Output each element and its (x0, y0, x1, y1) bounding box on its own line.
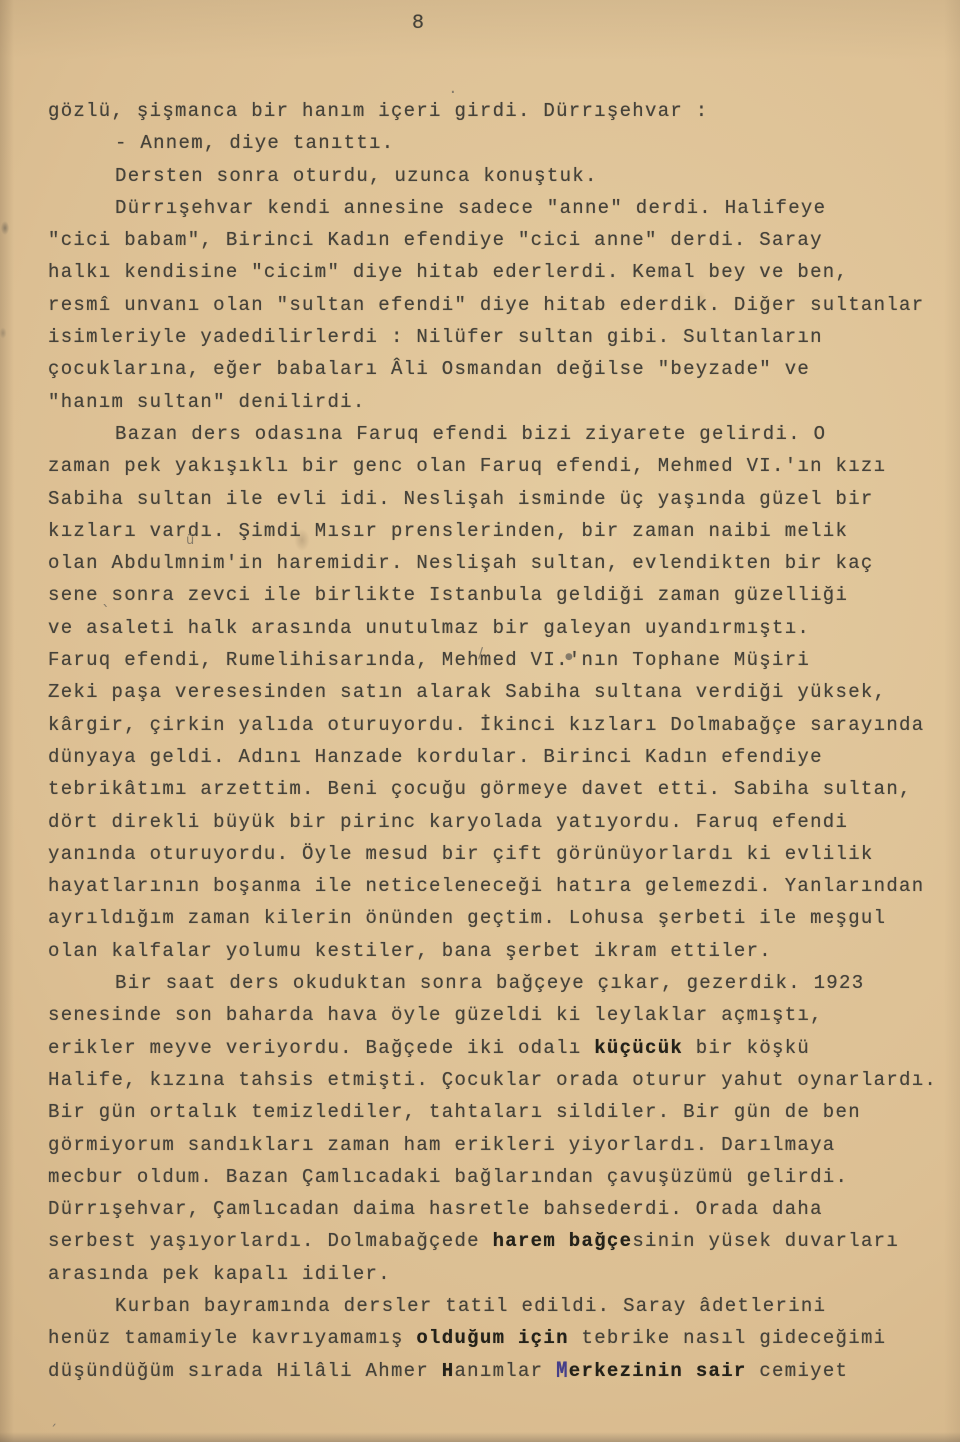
text-line: resmî unvanı olan "sultan efendi" diye h… (48, 289, 960, 321)
text-line: olan kalfalar yolumu kestiler, bana şerb… (48, 935, 960, 967)
text-line: tebrikâtımı arzettim. Beni çocuğu görmey… (48, 773, 960, 805)
text-block: gözlü, şişmanca bir hanım içeri girdi. D… (48, 95, 960, 1387)
text-line: Bir gün ortalık temizlediler, tahtaları … (48, 1096, 960, 1128)
text-line: gözlü, şişmanca bir hanım içeri girdi. D… (48, 95, 960, 127)
text-segment: cemiyet (747, 1360, 849, 1382)
text-line: kızları vardı. Şimdi Mısır prenslerinden… (48, 515, 960, 547)
text-line: görmiyorum sandıkları zaman ham erikleri… (48, 1129, 960, 1161)
text-line: Faruq efendi, Rumelihisarında, Mehmed VI… (48, 644, 960, 676)
text-line: isimleriyle yadedilirlerdi : Nilüfer sul… (48, 321, 960, 353)
text-line: Halife, kızına tahsis etmişti. Çocuklar … (48, 1064, 960, 1096)
text-segment: düşündüğüm sırada Hilâli Ahmer (48, 1360, 442, 1382)
text-line: Sabiha sultan ile evli idi. Neslişah ism… (48, 483, 960, 515)
text-line: olan Abdulmnim'in haremidir. Neslişah su… (48, 547, 960, 579)
text-line: mecbur oldum. Bazan Çamlıcadaki bağların… (48, 1161, 960, 1193)
text-line: kârgir, çirkin yalıda oturuyordu. İkinci… (48, 709, 960, 741)
text-segment: sair (696, 1360, 747, 1382)
text-segment (683, 1360, 696, 1382)
text-line: henüz tamamiyle kavrıyamamış olduğum içi… (48, 1322, 960, 1354)
text-line: Kurban bayramında dersler tatil edildi. … (48, 1290, 960, 1322)
text-line: yanında oturuyordu. Öyle mesud bir çift … (48, 838, 960, 870)
text-line: Dürrışehvar, Çamlıcadan daima hasretle b… (48, 1193, 960, 1225)
text-line: Zeki paşa veresesinden satın alarak Sabi… (48, 676, 960, 708)
text-line: düşündüğüm sırada Hilâli Ahmer Hanımlar … (48, 1355, 960, 1387)
text-line: serbest yaşıyorlardı. Dolmabağçede harem… (48, 1225, 960, 1257)
text-segment: sinin yüsek duvarları (632, 1230, 899, 1252)
text-line: ayrıldığım zaman kilerin önünden geçtim.… (48, 902, 960, 934)
scanned-page: 8 gözlü, şişmanca bir hanım içeri girdi.… (0, 0, 960, 1442)
handwritten-letter: M (556, 1351, 569, 1390)
text-line: senesinde son baharda hava öyle güzeldi … (48, 999, 960, 1031)
text-line: erikler meyve veriyordu. Bağçede iki oda… (48, 1032, 960, 1064)
text-line: halkı kendisine "cicim" diye hitab ederl… (48, 256, 960, 288)
text-segment: erkezinin (569, 1360, 683, 1382)
text-segment: erikler meyve veriyordu. Bağçede iki oda… (48, 1037, 594, 1059)
text-segment: serbest yaşıyorlardı. Dolmabağçede (48, 1230, 493, 1252)
text-segment: H (442, 1360, 455, 1382)
text-line: dünyaya geldi. Adını Hanzade kordular. B… (48, 741, 960, 773)
text-segment: henüz tamamiyle kavrıyamamış (48, 1327, 416, 1349)
text-line: "cici babam", Birinci Kadın efendiye "ci… (48, 224, 960, 256)
text-line: - Annem, diye tanıttı. (48, 127, 960, 159)
text-line: "hanım sultan" denilirdi. (48, 386, 960, 418)
text-line: ve asaleti halk arasında unutulmaz bir g… (48, 612, 960, 644)
text-line: sene sonra zevci ile birlikte Istanbula … (48, 579, 960, 611)
text-line: hayatlarının boşanma ile neticeleneceği … (48, 870, 960, 902)
text-segment: harem bağçe (493, 1230, 633, 1252)
text-line: zaman pek yakışıklı bir genc olan Faruq … (48, 450, 960, 482)
text-line: dört direkli büyük bir pirinc karyolada … (48, 806, 960, 838)
text-segment: tebrike nasıl gideceğimi (569, 1327, 887, 1349)
text-line: çocuklarına, eğer babaları Âli Osmandan … (48, 353, 960, 385)
text-line: Dersten sonra oturdu, uzunca konuştuk. (48, 160, 960, 192)
text-segment: küçücük (594, 1037, 683, 1059)
text-line: Bir saat ders okuduktan sonra bağçeye çı… (48, 967, 960, 999)
text-line: Dürrışehvar kendi annesine sadece "anne"… (48, 192, 960, 224)
page-number: 8 (412, 12, 425, 35)
text-line: Bazan ders odasına Faruq efendi bizi ziy… (48, 418, 960, 450)
text-line: arasında pek kapalı idiler. (48, 1258, 960, 1290)
text-segment: bir köşkü (683, 1037, 810, 1059)
text-segment: olduğum için (416, 1327, 568, 1349)
comma-mark: ˏ (50, 1412, 57, 1426)
text-segment: anımlar (454, 1360, 556, 1382)
